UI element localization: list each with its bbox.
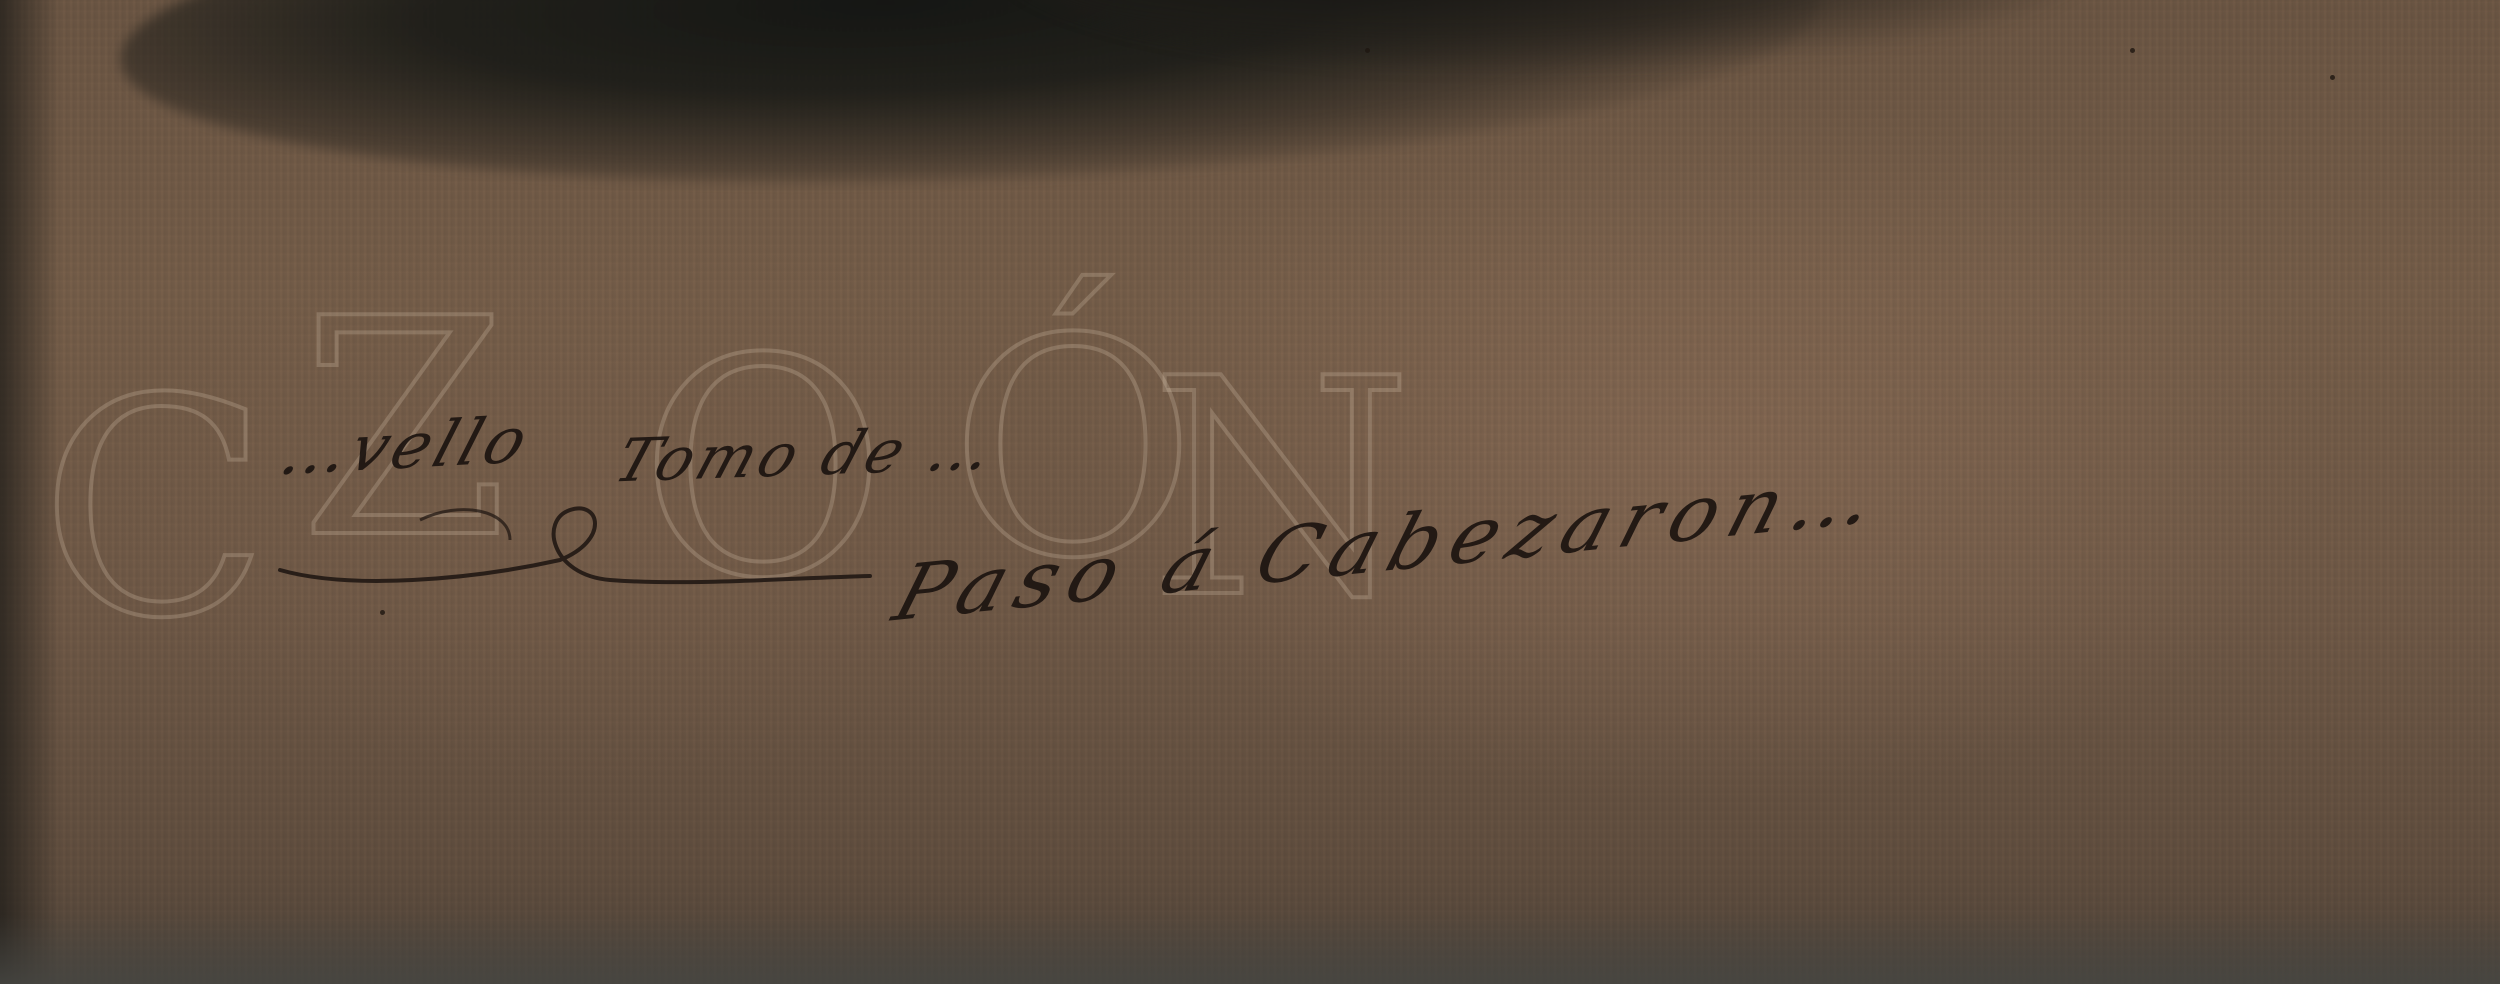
ink-speck [2130, 48, 2135, 53]
inscription-left: …vello [271, 404, 540, 491]
ink-speck [1365, 48, 1370, 53]
bottom-edge [0, 914, 2500, 984]
left-shadow-edge [0, 0, 60, 984]
watermark-letter: C [40, 360, 270, 660]
ink-flourish [270, 480, 890, 600]
aged-paper-photo: C Z O Ó N …vello Tomo de … Paso á Cabeza… [0, 0, 2500, 984]
inscription-middle: Tomo de … [606, 414, 1006, 497]
ink-speck [380, 610, 385, 615]
ink-speck [2330, 75, 2335, 80]
